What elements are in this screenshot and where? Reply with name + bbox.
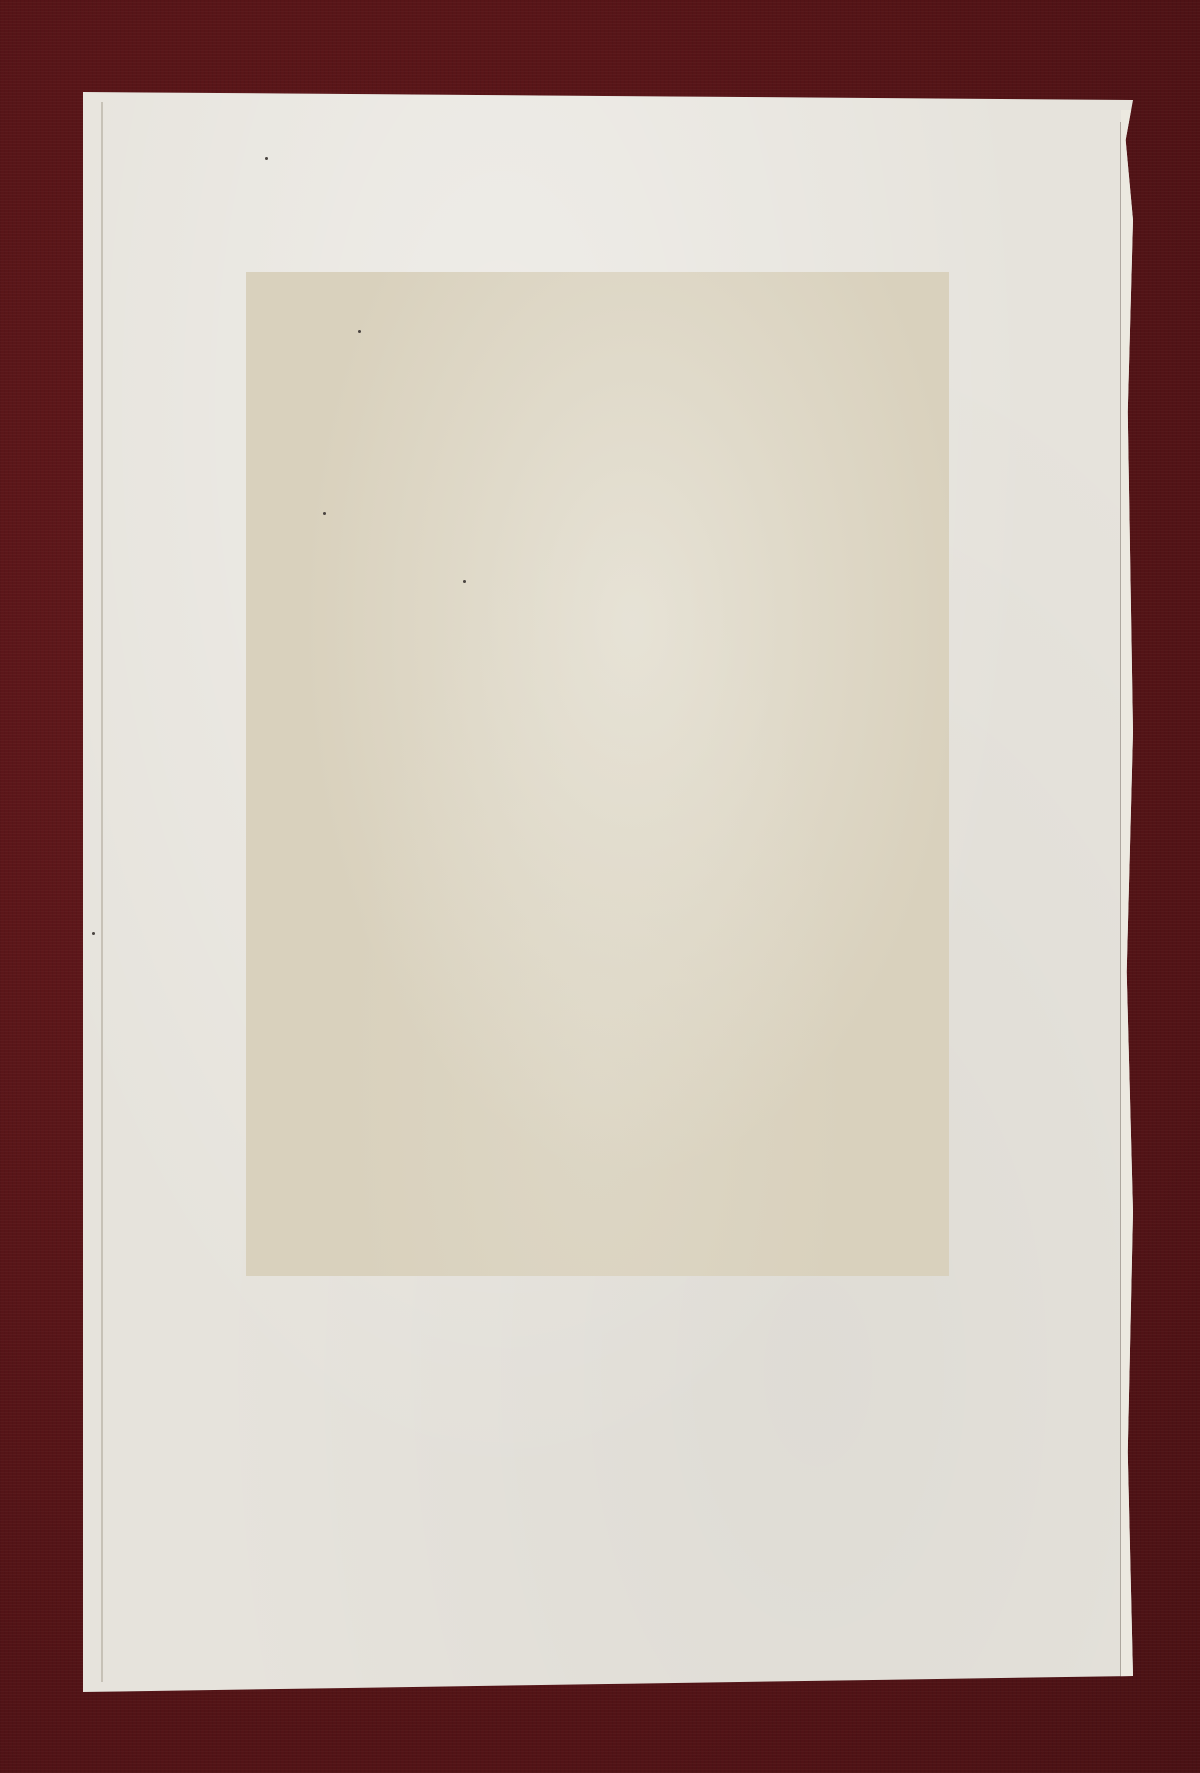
paper-sheet xyxy=(83,92,1133,1692)
paper-speck xyxy=(92,932,95,935)
paper-speck xyxy=(358,330,361,333)
left-binding-edge xyxy=(101,102,103,1682)
paper-speck xyxy=(323,512,326,515)
paper-speck xyxy=(463,580,466,583)
paper-speck xyxy=(265,157,268,160)
right-fold-line xyxy=(1120,122,1121,1682)
plate-showthrough xyxy=(246,272,949,1276)
